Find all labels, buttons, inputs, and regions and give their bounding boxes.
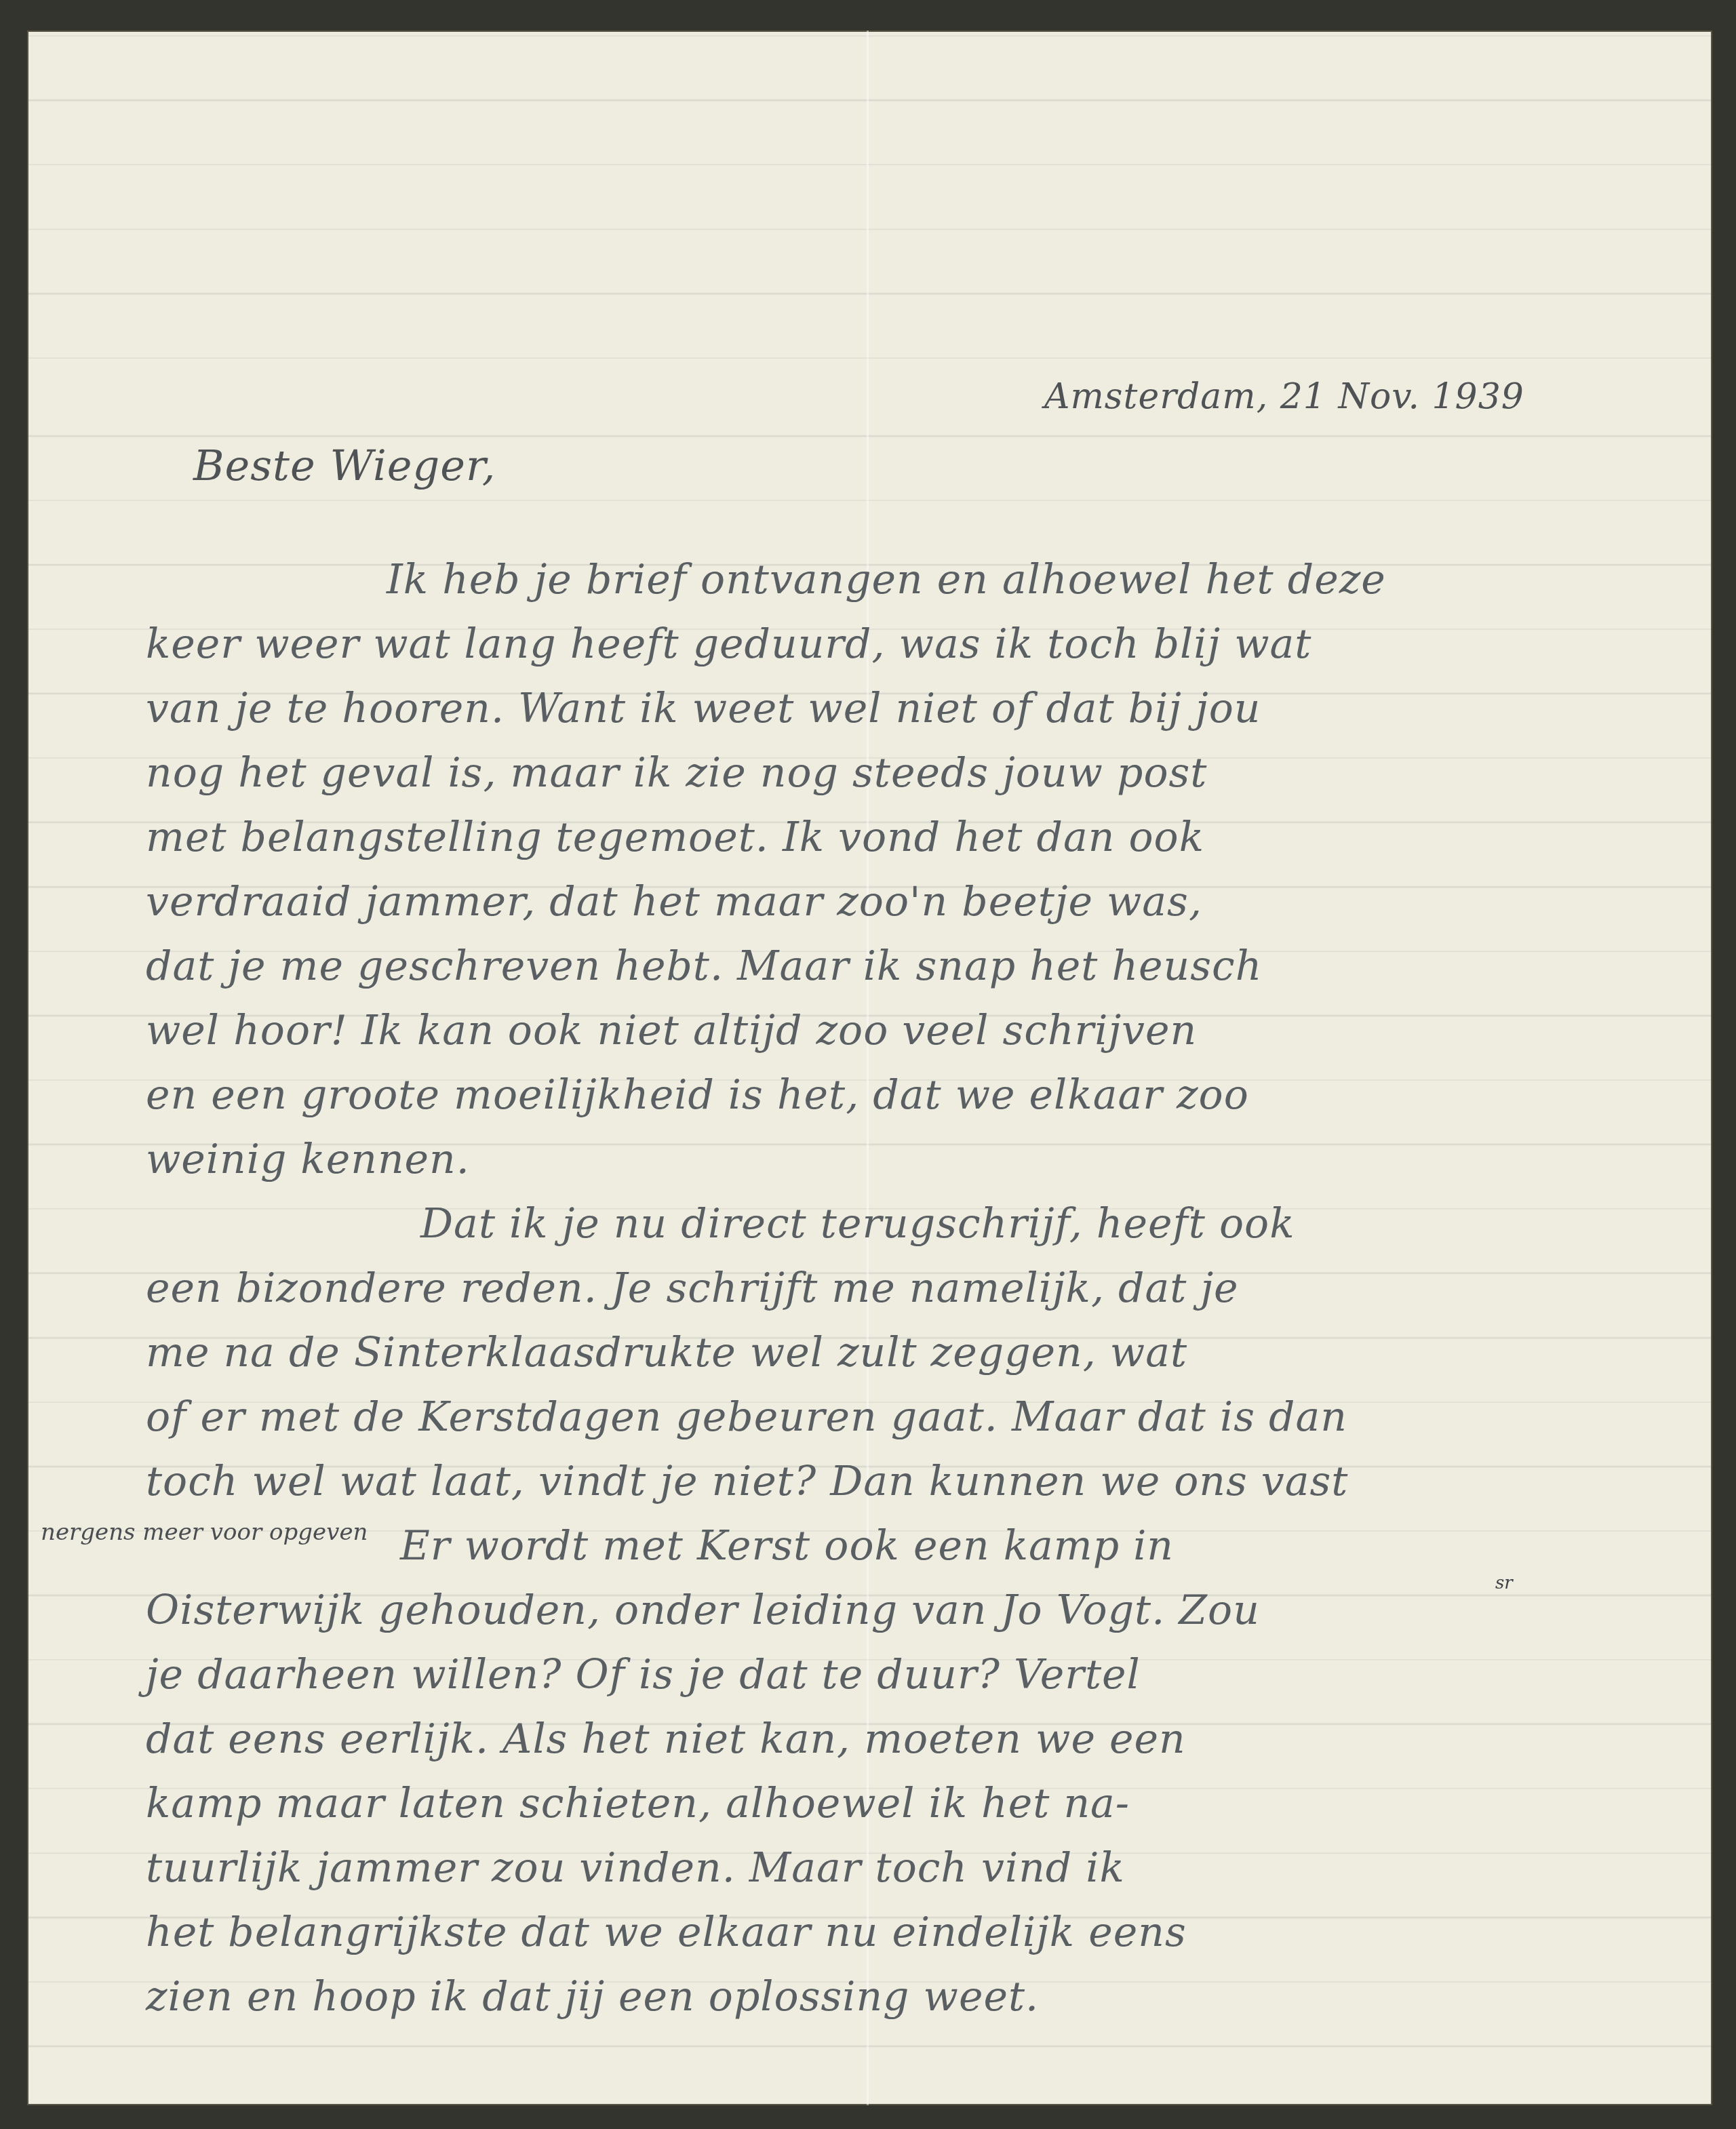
- letter-line: van je te hooren. Want ik weet wel niet …: [146, 681, 1261, 736]
- letter-line: of er met de Kerstdagen gebeuren gaat. M…: [146, 1390, 1347, 1444]
- letter-line: kamp maar laten schieten, alhoewel ik he…: [146, 1776, 1130, 1831]
- letter-line: met belangstelling tegemoet. Ik vond het…: [146, 810, 1204, 864]
- letter-line: Er wordt met Kerst ook een kamp in: [400, 1519, 1174, 1573]
- letter-line: Oisterwijk gehouden, onder leiding van J…: [146, 1583, 1260, 1637]
- letter-line: een bizondere reden. Je schrijft me name…: [146, 1261, 1239, 1315]
- letter-line: zien en hoop ik dat jij een oplossing we…: [146, 1970, 1039, 2024]
- letter-line: verdraaid jammer, dat het maar zoo'n bee…: [146, 875, 1202, 929]
- letter-line: je daarheen willen? Of is je dat te duur…: [146, 1648, 1141, 1702]
- letter-line: nog het geval is, maar ik zie nog steeds…: [146, 746, 1207, 800]
- letter-line: Ik heb je brief ontvangen en alhoewel he…: [387, 553, 1386, 607]
- letter-line: wel hoor! Ik kan ook niet altijd zoo vee…: [146, 1003, 1197, 1058]
- superscript-annotation: sr: [1495, 1573, 1513, 1593]
- place-date: Amsterdam, 21 Nov. 1939: [1044, 376, 1524, 417]
- letter-line: toch wel wat laat, vindt je niet? Dan ku…: [146, 1454, 1348, 1509]
- letter-line: keer weer wat lang heeft geduurd, was ik…: [146, 617, 1311, 671]
- letter-line: weinig kennen.: [146, 1132, 470, 1187]
- salutation: Beste Wieger,: [193, 441, 496, 490]
- letter-line: dat je me geschreven hebt. Maar ik snap …: [146, 939, 1262, 993]
- letter-line: en een groote moeilijkheid is het, dat w…: [146, 1068, 1249, 1122]
- margin-annotation: nergens meer voor opgeven: [41, 1519, 368, 1546]
- letter-line: het belangrijkste dat we elkaar nu einde…: [146, 1905, 1187, 1959]
- letter-line: tuurlijk jammer zou vinden. Maar toch vi…: [146, 1841, 1125, 1895]
- letter-line: me na de Sinterklaasdrukte wel zult zegg…: [146, 1326, 1187, 1380]
- letter-line: Dat ik je nu direct terugschrijf, heeft …: [420, 1197, 1295, 1251]
- letter-line: dat eens eerlijk. Als het niet kan, moet…: [146, 1712, 1186, 1766]
